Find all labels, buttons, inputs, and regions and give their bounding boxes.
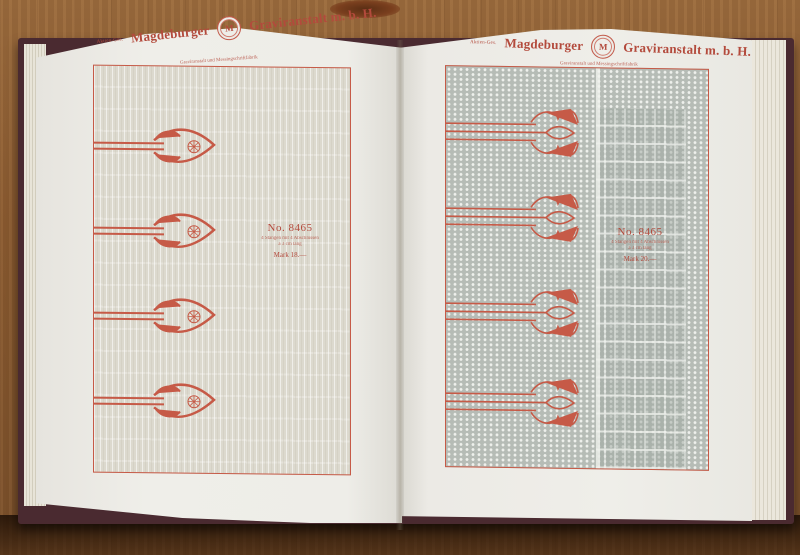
- left-plate-woodgrain: [93, 65, 351, 476]
- product-price: Mark 20.—: [590, 255, 690, 264]
- book-gutter: [396, 40, 404, 530]
- left-plate-caption: No. 8465 4 Stangen mit 4 Abschlüssen à 3…: [240, 222, 340, 260]
- company-emblem-icon: M: [216, 15, 242, 41]
- header-name-left: Magdeburger: [504, 35, 583, 54]
- leaf-ornament-icon: [94, 66, 350, 475]
- right-plate-crocodile: [445, 65, 709, 471]
- page-stack-right: [748, 40, 786, 520]
- product-number: No. 8465: [240, 222, 340, 236]
- whiplash-ornament-icon: [446, 66, 708, 470]
- header-prefix: Aktien-Ges.: [470, 40, 497, 46]
- product-number: No. 8465: [590, 226, 690, 240]
- product-price: Mark 18.—: [240, 251, 340, 260]
- header-name-right: Graviranstalt m. b. H.: [623, 39, 751, 59]
- product-description-2: à 3 cm lang: [240, 242, 340, 248]
- company-emblem-icon: M: [591, 34, 616, 59]
- right-plate-caption: No. 8465 4 Stangen mit 4 Abschlüssen à 3…: [590, 226, 690, 264]
- header-name-left: Magdeburger: [130, 22, 210, 46]
- product-description-2: à 3 cm lang: [590, 246, 690, 252]
- header-prefix: Aktien-Ges.: [96, 37, 123, 45]
